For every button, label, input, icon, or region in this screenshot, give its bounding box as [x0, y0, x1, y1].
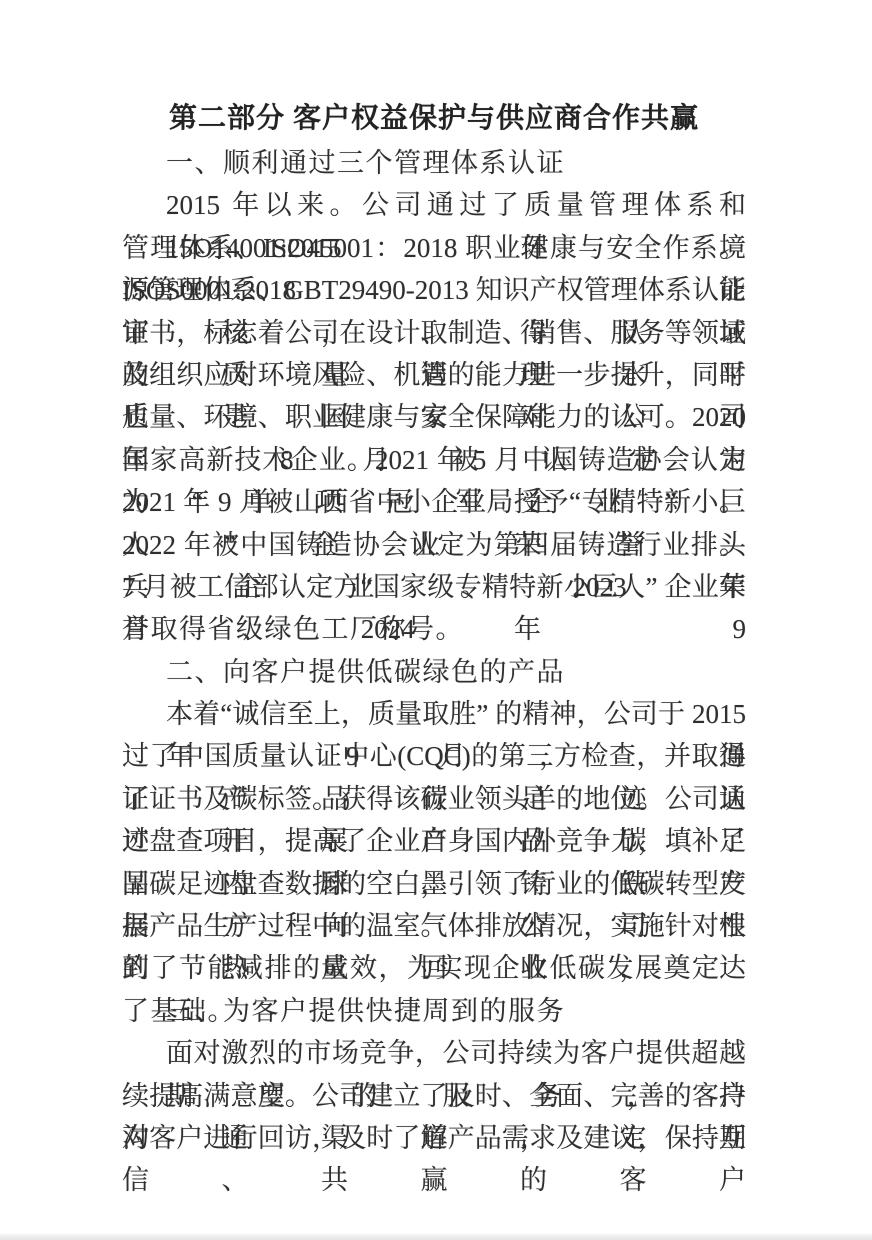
section-2-heading: 二、向客户提供低碳绿色的产品 [122, 651, 746, 693]
paragraph-line: 源管理体系、GBT29490-2013 知识产权管理体系认证审核，取得认证 [122, 269, 746, 311]
paragraph-line: 国家高新技术企业。2021 年 5 月中国铸造协会认定为“单项冠军企业”。 [122, 439, 746, 481]
document-content: 第二部分 客户权益保护与供应商合作共赢 一、顺利通过三个管理体系认证 2015 … [122, 96, 746, 1159]
paragraph-line: 品碳足迹盘查数据的空白，引领了行业的低碳转型发展方向。公司根 [122, 863, 746, 905]
paragraph-line: 管理体系、ISO45001：2018 职业健康与安全作系。ISOS0001:20… [122, 227, 746, 269]
paragraph-line: 质量、环境、职业健康与安全保障能力的认可。2020 年 8 月被认定为 [122, 396, 746, 438]
paragraph-line: 及组织应对环境风险、机遇的能力进一步提升，同时也是国家对公司 [122, 354, 746, 396]
paragraph-line: 面对激烈的市场竞争，公司持续为客户提供超越期望的服务，持 [122, 1032, 746, 1074]
paragraph-line: 7 月被工信部认定方“国家级专精特新小巨人” 企业荣誉、2024 年 9 [122, 566, 746, 608]
paragraph-line: 2022 年被中国铸造协会认定为第四届铸造行业排头兵企业。2023 年 [122, 524, 746, 566]
paragraph-line: 迹盘查项目，提高了企业自身国内外竞争力，填补了国内球墨铸铁产 [122, 820, 746, 862]
paragraph-line: 证证书及碳标签。获得该行业领头羊的地位。公司通过开展产品碳足 [122, 778, 746, 820]
paragraph-line: 2021 年 9 月被山西省中小企业局授予“专精特新小巨人”企业荣誉。 [122, 481, 746, 523]
paragraph-line: 过了中国质量认证中心(CQC)的第三方检查，并取得了产品碳足迹认 [122, 735, 746, 777]
section-1-heading: 一、顺利通过三个管理体系认证 [122, 142, 746, 184]
paragraph-line: 据产品生产过程中的温室气体排放情况，实施针对性的热量回收，达 [122, 905, 746, 947]
paragraph-line: 对客户进行回访，及时了解产品需求及建议，保持互信、共赢的客户 [122, 1117, 746, 1159]
paragraph-line: 到了节能减排的成效，为实现企业低碳发展奠定了基础。 [122, 947, 746, 989]
section-3-heading: 三、为客户提供快捷周到的服务 [122, 990, 746, 1032]
paragraph-line: 本着“诚信至上，质量取胜” 的精神，公司于 2015 年 9 月， 通 [122, 693, 746, 735]
page-title: 第二部分 客户权益保护与供应商合作共赢 [122, 96, 746, 142]
paragraph-line: 证书，标志着公司在设计、制造、销售、服务等领域的质量管理水平 [122, 312, 746, 354]
document-page: 第二部分 客户权益保护与供应商合作共赢 一、顺利通过三个管理体系认证 2015 … [0, 0, 872, 1240]
paragraph-line: 续提高满意度。公司建立了及时、全面、完善的客户沟通渠道，定期 [122, 1075, 746, 1117]
page-bottom-edge [0, 1233, 872, 1240]
paragraph-line: 2015 年以来。公司通过了质量管理体系和 15O14001:2015 环境 [122, 184, 746, 226]
